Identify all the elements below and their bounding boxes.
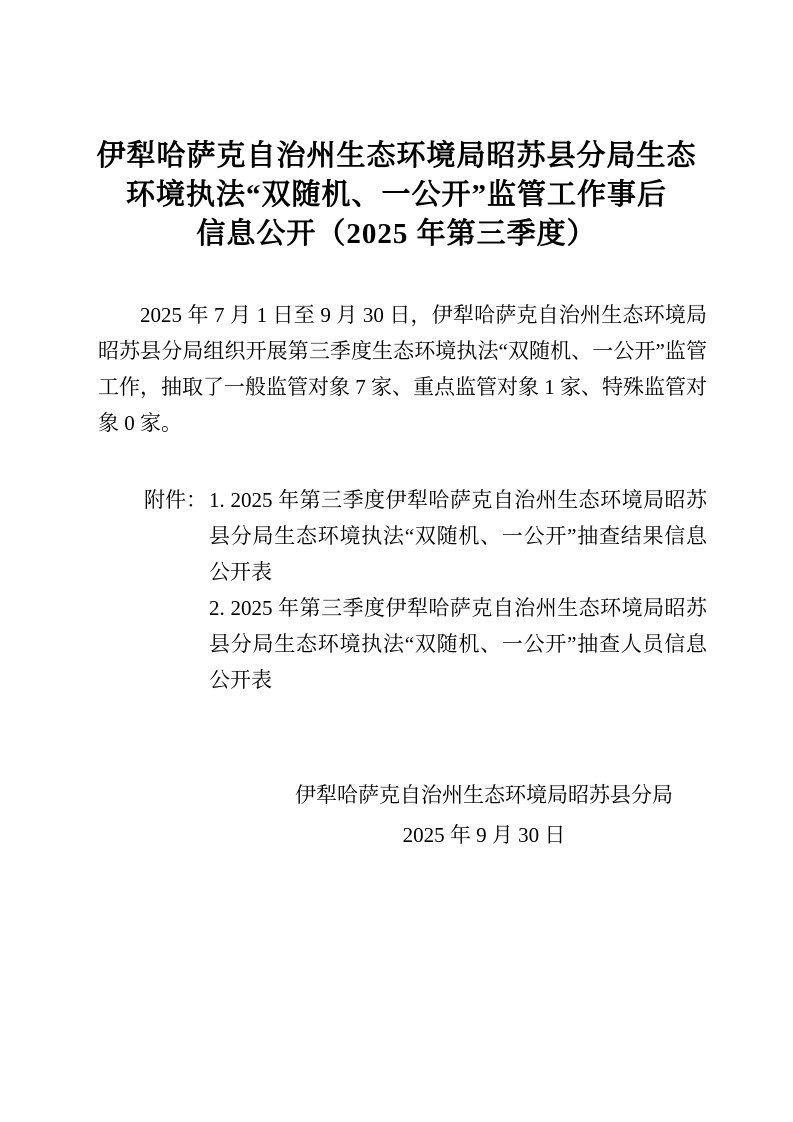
title-line-1: 伊犁哈萨克自治州生态环境局昭苏县分局生态: [0, 137, 793, 176]
signature-block: 伊犁哈萨克自治州生态环境局昭苏县分局 2025 年 9 月 30 日: [295, 775, 673, 855]
body-paragraph: 2025 年 7 月 1 日至 9 月 30 日，伊犁哈萨克自治州生态环境局昭苏…: [98, 297, 707, 441]
title-line-2: 环境执法“双随机、一公开”监管工作事后: [0, 176, 793, 215]
signature-organization: 伊犁哈萨克自治州生态环境局昭苏县分局: [295, 775, 673, 815]
signature-date: 2025 年 9 月 30 日: [295, 815, 673, 855]
document-title: 伊犁哈萨克自治州生态环境局昭苏县分局生态 环境执法“双随机、一公开”监管工作事后…: [0, 137, 793, 254]
attachments-section: 附件： 1. 2025 年第三季度伊犁哈萨克自治州生态环境局昭苏县分局生态环境执…: [98, 482, 707, 698]
attachment-item-2: 2. 2025 年第三季度伊犁哈萨克自治州生态环境局昭苏县分局生态环境执法“双随…: [209, 590, 707, 698]
attachment-item-1: 1. 2025 年第三季度伊犁哈萨克自治州生态环境局昭苏县分局生态环境执法“双随…: [209, 482, 707, 590]
document-page: 伊犁哈萨克自治州生态环境局昭苏县分局生态 环境执法“双随机、一公开”监管工作事后…: [0, 0, 793, 1122]
attachments-label: 附件：: [144, 482, 207, 518]
title-line-3: 信息公开（2025 年第三季度）: [0, 215, 793, 254]
